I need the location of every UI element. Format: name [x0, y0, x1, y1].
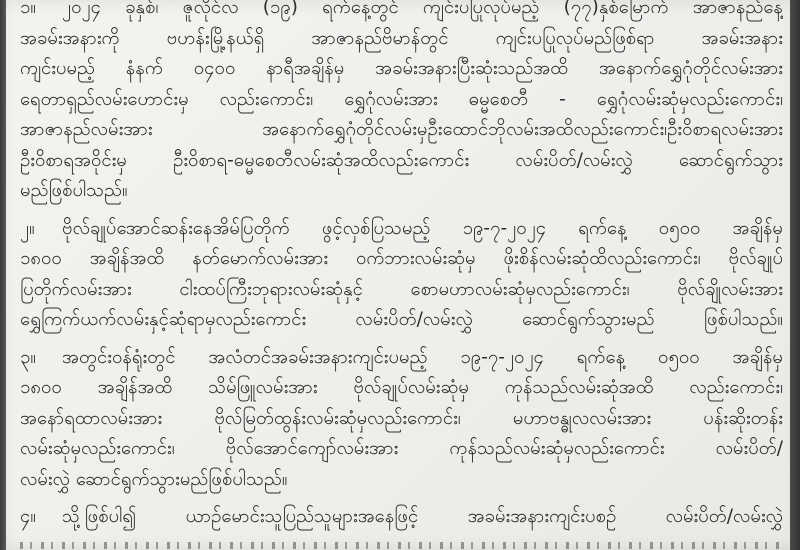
text-line-content: အတွင်းဝန်ရုံးတွင် အလံတင်အခမ်းအနားကျင်းပမ… — [62, 347, 783, 368]
page-edge-right — [790, 0, 800, 550]
text-line: ရွှေကြက်ယက်လမ်းနှင့်ဆုံရာမှလည်းကောင်း လမ… — [20, 305, 783, 336]
clipped-text-line — [20, 542, 783, 549]
text-line: ၁၈၀၀ အချိန်အထိ သိမ်ဖြူလမ်းအား ဗိုလ်ချုပ်… — [20, 373, 783, 404]
text-line-content: သို့ဖြစ်ပါ၍ ယာဉ်မောင်းသူပြည်သူများအနေဖြင… — [62, 506, 783, 527]
text-line: ၂။ဗိုလ်ချုပ်အောင်ဆန်းနေအိမ်ပြတိုက် ဖွင့်… — [20, 214, 783, 245]
paragraph-number: ၃။ — [20, 343, 62, 374]
text-line: အနော်ရထာလမ်းအား ဗိုလ်မြတ်ထွန်းလမ်းဆုံမှလ… — [20, 404, 783, 435]
text-line-content: ဗိုလ်ချုပ်အောင်ဆန်းနေအိမ်ပြတိုက် ဖွင့်လှ… — [62, 218, 783, 239]
text-line: ကျင်းပမည့် နံနက် ၀၄၀၀ နာရီအချိန်မှ အခမ်း… — [20, 54, 783, 85]
paragraph-number: ၄။ — [20, 502, 62, 533]
text-line: လမ်းလွှဲ ဆောင်ရွက်သွားမည်ဖြစ်ပါသည်။ — [20, 465, 783, 496]
paragraph-4: ၄။သို့ဖြစ်ပါ၍ ယာဉ်မောင်းသူပြည်သူများအနေဖ… — [20, 502, 783, 549]
paragraph-2: ၂။ဗိုလ်ချုပ်အောင်ဆန်းနေအိမ်ပြတိုက် ဖွင့်… — [20, 214, 783, 336]
text-line: အခမ်းအနားကို ဗဟန်းမြို့နယ်ရှိ အာဇာနည်ဗိမ… — [20, 24, 783, 55]
document-page: ၁။၂၀၂၄ ခုနှစ်၊ ဇူလိုင်လ (၁၉) ရက်နေ့တွင် … — [0, 0, 800, 550]
text-line: ပြတိုက်လမ်းအား ငါးထပ်ကြီးဘုရားလမ်းဆုံနှင… — [20, 275, 783, 306]
text-line: ၁၈၀၀ အချိန်အထိ နတ်မောက်လမ်းအား ဝက်ဘားလမ်… — [20, 244, 783, 275]
paragraph-number: ၁။ — [20, 0, 62, 24]
text-line: ရေတာရှည်လမ်းဟောင်းမှ လည်းကောင်း၊ ရွှေဂုံ… — [20, 85, 783, 116]
text-line: မည်ဖြစ်ပါသည်။ — [20, 176, 783, 207]
document-text-area: ၁။၂၀၂၄ ခုနှစ်၊ ဇူလိုင်လ (၁၉) ရက်နေ့တွင် … — [6, 0, 790, 550]
text-line: လမ်းဆုံမှလည်းကောင်း၊ ဗိုလ်အောင်ကျော်လမ်း… — [20, 434, 783, 465]
text-line: ၁။၂၀၂၄ ခုနှစ်၊ ဇူလိုင်လ (၁၉) ရက်နေ့တွင် … — [20, 0, 783, 24]
text-line: ဦးဝိစာရအဝိုင်းမှ ဦးဝိစာရ-ဓမ္မစေတီလမ်းဆုံ… — [20, 146, 783, 177]
text-line: အာဇာနည်လမ်းအား အနောက်ရွှေဂုံတိုင်လမ်းမှဦ… — [20, 115, 783, 146]
paragraph-1: ၁။၂၀၂၄ ခုနှစ်၊ ဇူလိုင်လ (၁၉) ရက်နေ့တွင် … — [20, 0, 783, 207]
paragraph-number: ၂။ — [20, 214, 62, 245]
paragraph-3: ၃။အတွင်းဝန်ရုံးတွင် အလံတင်အခမ်းအနားကျင်း… — [20, 343, 783, 496]
text-line: ၃။အတွင်းဝန်ရုံးတွင် အလံတင်အခမ်းအနားကျင်း… — [20, 343, 783, 374]
text-line: ၄။သို့ဖြစ်ပါ၍ ယာဉ်မောင်းသူပြည်သူများအနေဖ… — [20, 502, 783, 533]
text-line-content: ၂၀၂၄ ခုနှစ်၊ ဇူလိုင်လ (၁၉) ရက်နေ့တွင် ကျ… — [62, 0, 783, 18]
